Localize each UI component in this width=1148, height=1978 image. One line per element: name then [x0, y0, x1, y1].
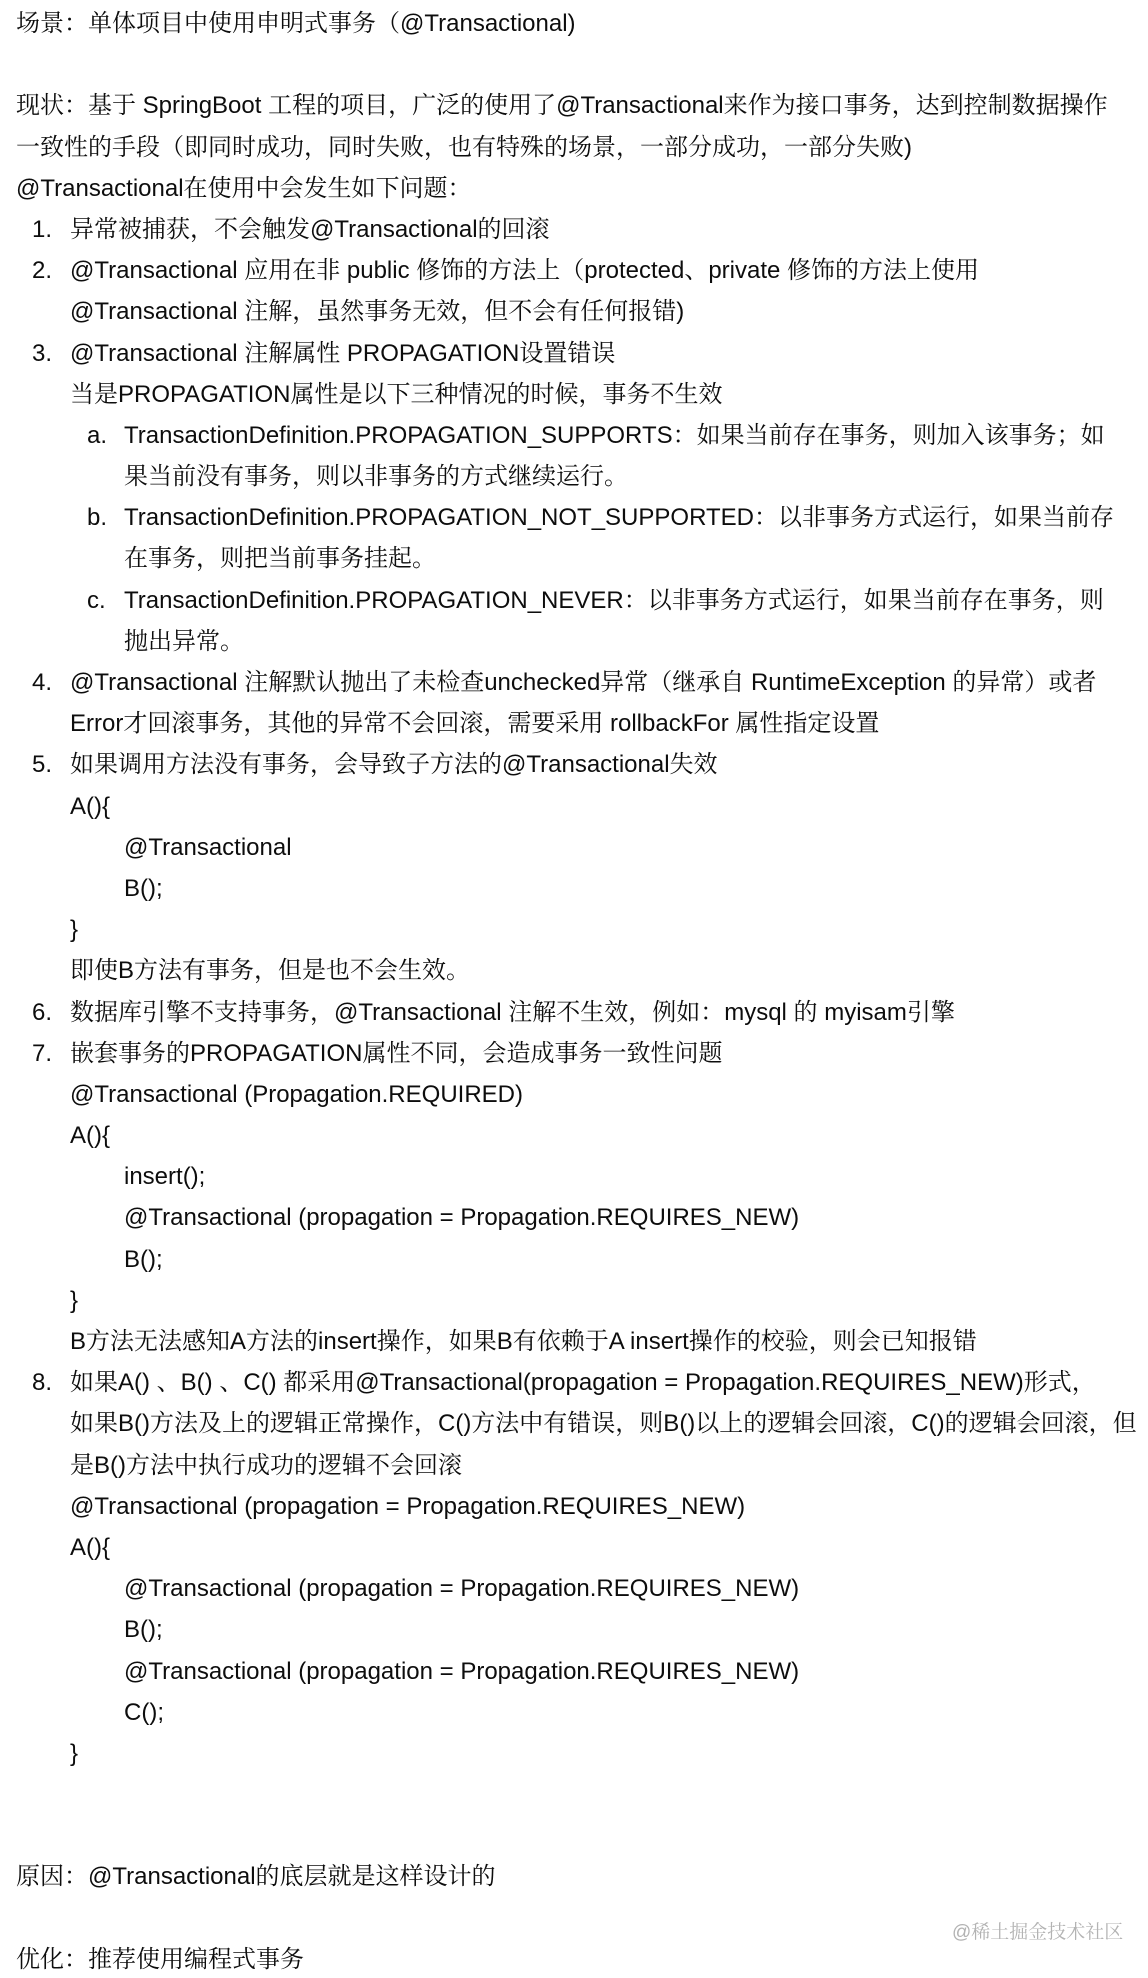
- blank-line: [0, 1815, 1148, 1856]
- subitem-text: TransactionDefinition.PROPAGATION_NEVER：…: [124, 587, 1104, 614]
- issue-5: 5. 如果调用方法没有事务，会导致子方法的@Transactional失效: [0, 744, 1148, 785]
- list-marker: 4.: [32, 662, 52, 703]
- issue-text-continued: @Transactional 注解，虽然事务无效，但不会有任何报错): [0, 291, 1148, 332]
- subitem-text: TransactionDefinition.PROPAGATION_SUPPOR…: [124, 422, 1105, 449]
- code-line: @Transactional: [0, 827, 1148, 868]
- issue-8: 8. 如果A() 、B() 、C() 都采用@Transactional(pro…: [0, 1362, 1148, 1403]
- code-line: @Transactional (propagation = Propagatio…: [0, 1568, 1148, 1609]
- list-marker: 6.: [32, 992, 52, 1033]
- issue-text: 数据库引擎不支持事务，@Transactional 注解不生效，例如：mysql…: [70, 999, 955, 1026]
- issue-text: 如果调用方法没有事务，会导致子方法的@Transactional失效: [70, 751, 718, 778]
- sublist-marker: b.: [87, 497, 107, 538]
- code-line: B();: [0, 1609, 1148, 1650]
- issue-2: 2. @Transactional 应用在非 public 修饰的方法上（pro…: [0, 250, 1148, 291]
- issues-intro: @Transactional在使用中会发生如下问题：: [0, 168, 1148, 209]
- status-line: 现状：基于 SpringBoot 工程的项目，广泛的使用了@Transactio…: [0, 85, 1148, 126]
- issue-text-continued: 当是PROPAGATION属性是以下三种情况的时候，事务不生效: [0, 374, 1148, 415]
- issue-text-continued: 是B()方法中执行成功的逻辑不会回滚: [0, 1445, 1148, 1486]
- subitem-text-continued: 果当前没有事务，则以非事务的方式继续运行。: [0, 456, 1148, 497]
- blank-line: [0, 1774, 1148, 1815]
- issue-6: 6. 数据库引擎不支持事务，@Transactional 注解不生效，例如：my…: [0, 992, 1148, 1033]
- subitem-b: b. TransactionDefinition.PROPAGATION_NOT…: [0, 497, 1148, 538]
- watermark: @稀土掘金技术社区: [952, 1921, 1123, 1945]
- issue-text: @Transactional 注解默认抛出了未检查unchecked异常（继承自…: [70, 669, 1096, 696]
- list-marker: 2.: [32, 250, 52, 291]
- issue-text-continued: Error才回滚事务，其他的异常不会回滚，需要采用 rollbackFor 属性…: [0, 703, 1148, 744]
- list-marker: 3.: [32, 333, 52, 374]
- code-line: B();: [0, 868, 1148, 909]
- issue-text: 异常被捕获，不会触发@Transactional的回滚: [70, 216, 550, 243]
- code-line: insert();: [0, 1156, 1148, 1197]
- code-line: }: [0, 1733, 1148, 1774]
- sublist-marker: c.: [87, 580, 106, 621]
- sublist-marker: a.: [87, 415, 107, 456]
- list-marker: 5.: [32, 744, 52, 785]
- status-line: 一致性的手段（即同时成功，同时失败，也有特殊的场景，一部分成功，一部分失败): [0, 127, 1148, 168]
- issue-text: 如果A() 、B() 、C() 都采用@Transactional(propag…: [70, 1369, 1096, 1396]
- issue-text: @Transactional 应用在非 public 修饰的方法上（protec…: [70, 257, 979, 284]
- code-line: @Transactional (propagation = Propagatio…: [0, 1486, 1148, 1527]
- code-line: @Transactional (propagation = Propagatio…: [0, 1651, 1148, 1692]
- document-body: 场景：单体项目中使用申明式事务（@Transactional) 现状：基于 Sp…: [0, 0, 1148, 1978]
- issue-text-continued: 如果B()方法及上的逻辑正常操作，C()方法中有错误，则B()以上的逻辑会回滚，…: [0, 1403, 1148, 1444]
- list-marker: 7.: [32, 1033, 52, 1074]
- issue-1: 1. 异常被捕获，不会触发@Transactional的回滚: [0, 209, 1148, 250]
- subitem-text: TransactionDefinition.PROPAGATION_NOT_SU…: [124, 504, 1114, 531]
- subitem-text-continued: 抛出异常。: [0, 621, 1148, 662]
- subitem-text-continued: 在事务，则把当前事务挂起。: [0, 538, 1148, 579]
- scenario-line: 场景：单体项目中使用申明式事务（@Transactional): [0, 3, 1148, 44]
- issue-3: 3. @Transactional 注解属性 PROPAGATION设置错误: [0, 333, 1148, 374]
- reason-line: 原因：@Transactional的底层就是这样设计的: [0, 1856, 1148, 1897]
- code-line: }: [0, 1280, 1148, 1321]
- code-line: A(){: [0, 1527, 1148, 1568]
- issue-text: @Transactional 注解属性 PROPAGATION设置错误: [70, 340, 615, 367]
- code-line: }: [0, 909, 1148, 950]
- issue-4: 4. @Transactional 注解默认抛出了未检查unchecked异常（…: [0, 662, 1148, 703]
- code-line: @Transactional (Propagation.REQUIRED): [0, 1074, 1148, 1115]
- issue-note: B方法无法感知A方法的insert操作，如果B有依赖于A insert操作的校验…: [0, 1321, 1148, 1362]
- subitem-a: a. TransactionDefinition.PROPAGATION_SUP…: [0, 415, 1148, 456]
- code-line: A(){: [0, 786, 1148, 827]
- list-marker: 1.: [32, 209, 52, 250]
- subitem-c: c. TransactionDefinition.PROPAGATION_NEV…: [0, 580, 1148, 621]
- code-line: @Transactional (propagation = Propagatio…: [0, 1197, 1148, 1238]
- issue-text: 嵌套事务的PROPAGATION属性不同，会造成事务一致性问题: [70, 1040, 722, 1067]
- code-line: A(){: [0, 1115, 1148, 1156]
- list-marker: 8.: [32, 1362, 52, 1403]
- code-line: B();: [0, 1239, 1148, 1280]
- issue-note: 即使B方法有事务，但是也不会生效。: [0, 950, 1148, 991]
- issue-7: 7. 嵌套事务的PROPAGATION属性不同，会造成事务一致性问题: [0, 1033, 1148, 1074]
- blank-line: [0, 44, 1148, 85]
- code-line: C();: [0, 1692, 1148, 1733]
